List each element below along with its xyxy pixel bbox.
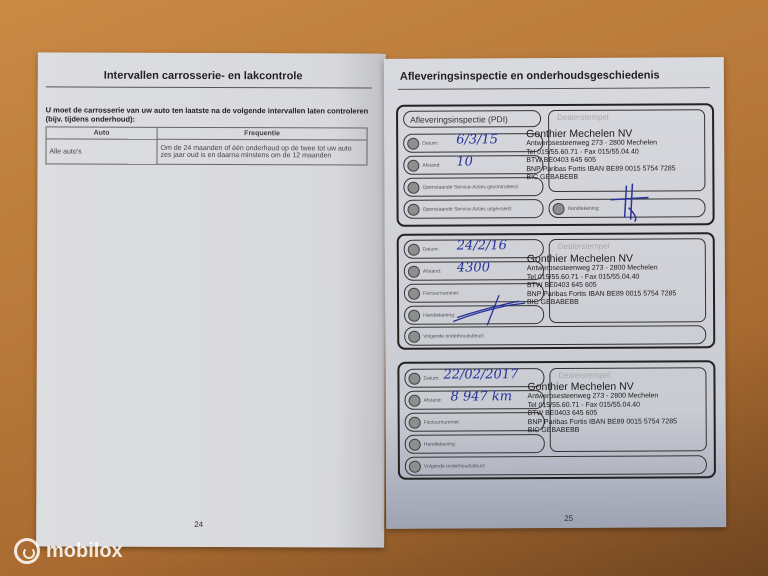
field-service-acties-gecontroleerd: Openstaande Service-Acties gecontroleerd…	[403, 177, 543, 197]
title-divider	[398, 87, 710, 90]
service-record-2: Datum: 24/2/16 Afstand: 4300 Factuurnumm…	[397, 232, 716, 350]
checkbox-circle-icon	[408, 309, 420, 321]
page-number-right: 25	[564, 514, 573, 523]
checkbox-circle-icon	[553, 202, 565, 214]
intro-text: U moet de carrosserie van uw auto ten la…	[46, 105, 376, 124]
field-datum: Datum: 24/2/16	[404, 239, 544, 259]
title-divider	[46, 86, 372, 88]
left-page: Intervallen carrosserie- en lakcontrole …	[36, 52, 386, 547]
signature-icon	[449, 291, 529, 327]
field-volgende-onderhoudsbeurt: Volgende onderhoudsbeurt:	[405, 455, 707, 476]
checkbox-circle-icon	[408, 330, 420, 342]
handwritten-distance: 4300	[457, 260, 490, 275]
field-afstand: Afstand: 10	[403, 155, 543, 175]
mobilox-logo-icon	[14, 538, 40, 564]
interval-table: Auto Frequentie Alle auto's Om de 24 maa…	[45, 126, 367, 165]
table-cell-auto: Alle auto's	[46, 139, 157, 164]
checkbox-circle-icon	[407, 181, 419, 193]
right-page-title: Afleveringsinspectie en onderhoudsgeschi…	[400, 69, 660, 82]
field-datum: Datum: 22/02/2017	[404, 368, 544, 388]
dealer-stamp: Gonthier Mechelen NV Antwerpsesteenweg 2…	[527, 380, 677, 435]
service-record-3: Datum: 22/02/2017 Afstand: 8 947 km Fact…	[397, 360, 716, 480]
signature-icon	[608, 177, 658, 222]
checkbox-circle-icon	[409, 460, 421, 472]
checkbox-circle-icon	[408, 265, 420, 277]
dealer-stamp: Gonthier Mechelen NV Antwerpsesteenweg 2…	[526, 127, 676, 182]
mobilox-watermark: mobilox	[14, 538, 123, 564]
field-factuurnummer: Factuurnummer:	[405, 412, 545, 432]
table-header-auto: Auto	[46, 127, 157, 139]
field-afstand: Afstand: 8 947 km	[405, 390, 545, 410]
handwritten-distance: 10	[456, 154, 473, 169]
field-volgende-onderhoudsbeurt: Volgende onderhoudsbeurt:	[404, 325, 706, 346]
checkbox-circle-icon	[409, 394, 421, 406]
checkbox-circle-icon	[407, 137, 419, 149]
checkbox-circle-icon	[408, 372, 420, 384]
dealer-stamp: Gonthier Mechelen NV Antwerpsesteenweg 2…	[527, 252, 677, 307]
checkbox-circle-icon	[408, 203, 420, 215]
page-number-left: 24	[194, 520, 203, 529]
field-afstand: Afstand: 4300	[404, 261, 544, 281]
right-page: Afleveringsinspectie en onderhoudsgeschi…	[384, 57, 726, 529]
table-header-frequentie: Frequentie	[157, 127, 367, 140]
table-cell-frequentie: Om de 24 maanden of één onderhoud op de …	[157, 139, 367, 165]
checkbox-circle-icon	[407, 159, 419, 171]
handwritten-date: 22/02/2017	[443, 367, 518, 382]
field-datum: Datum: 6/3/15	[403, 133, 543, 153]
handwritten-date: 24/2/16	[457, 238, 507, 253]
field-handtekening: Handtekening:	[405, 434, 545, 454]
pdi-heading: Afleveringsinspectie (PDI)	[403, 110, 541, 128]
checkbox-circle-icon	[409, 416, 421, 428]
checkbox-circle-icon	[408, 287, 420, 299]
checkbox-circle-icon	[409, 438, 421, 450]
handwritten-distance: 8 947 km	[451, 389, 513, 404]
service-record-pdi: Afleveringsinspectie (PDI) Datum: 6/3/15…	[396, 103, 715, 227]
handwritten-date: 6/3/15	[456, 132, 498, 147]
field-service-acties-uitgevoerd: Openstaande Service-Acties uitgevoerd:	[404, 199, 544, 219]
checkbox-circle-icon	[408, 243, 420, 255]
left-page-title: Intervallen carrosserie- en lakcontrole	[104, 70, 303, 83]
table-row: Alle auto's Om de 24 maanden of één onde…	[46, 139, 367, 165]
